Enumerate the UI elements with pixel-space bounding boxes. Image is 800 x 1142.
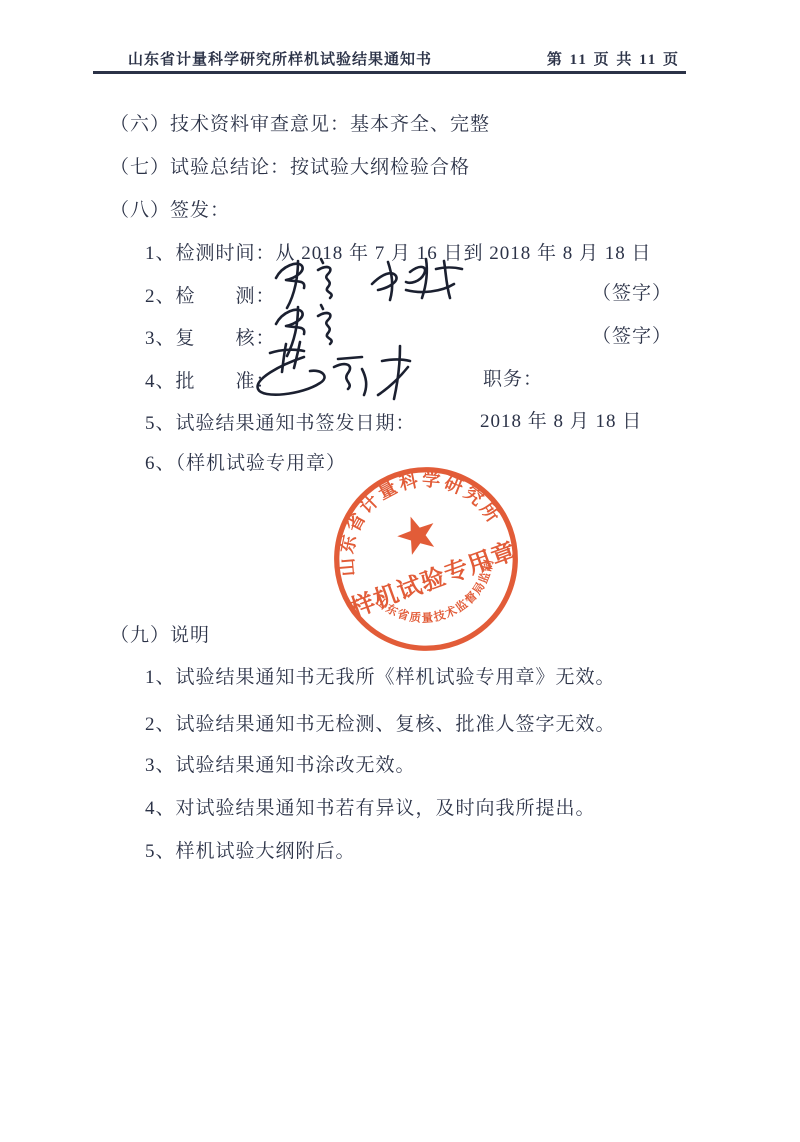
seal-star-icon	[393, 510, 442, 557]
sign-item-seal-caption: 6、（样机试验专用章）	[145, 448, 346, 475]
section-six: （六）技术资料审查意见：基本齐全、完整	[110, 109, 490, 136]
duty-label: 职务：	[483, 364, 543, 391]
section-nine: （九）说明	[110, 620, 210, 647]
section-eight: （八）签发：	[110, 195, 230, 222]
header-title: 山东省计量科学研究所样机试验结果通知书	[128, 48, 432, 69]
header-rule	[93, 71, 686, 74]
sign-item-issue-date-label: 5、试验结果通知书签发日期：	[145, 408, 416, 435]
official-seal: 山东省计量科学研究所 山东省质量技术监督局监制 样机试验专用章	[330, 463, 522, 655]
issue-date-value: 2018 年 8 月 18 日	[480, 406, 642, 433]
section-seven: （七）试验总结论：按试验大纲检验合格	[110, 152, 470, 179]
note-item-3: 3、试验结果通知书涂改无效。	[145, 750, 416, 777]
sign-item-inspection-label: 2、检 测：	[145, 281, 276, 308]
note-item-1: 1、试验结果通知书无我所《样机试验专用章》无效。	[145, 662, 616, 689]
header-page-number: 第 11 页 共 11 页	[547, 48, 680, 69]
note-item-2: 2、试验结果通知书无检测、复核、批准人签字无效。	[145, 709, 616, 736]
seal-middle-text: 样机试验专用章	[346, 536, 521, 622]
handwritten-signature-approver	[248, 338, 434, 404]
sign-note-inspection: （签字）	[592, 278, 672, 305]
document-page: 山东省计量科学研究所样机试验结果通知书 第 11 页 共 11 页 （六）技术资…	[0, 0, 800, 1142]
sign-note-review: （签字）	[592, 321, 672, 348]
note-item-5: 5、样机试验大纲附后。	[145, 836, 356, 863]
note-item-4: 4、对试验结果通知书若有异议，及时向我所提出。	[145, 793, 596, 820]
